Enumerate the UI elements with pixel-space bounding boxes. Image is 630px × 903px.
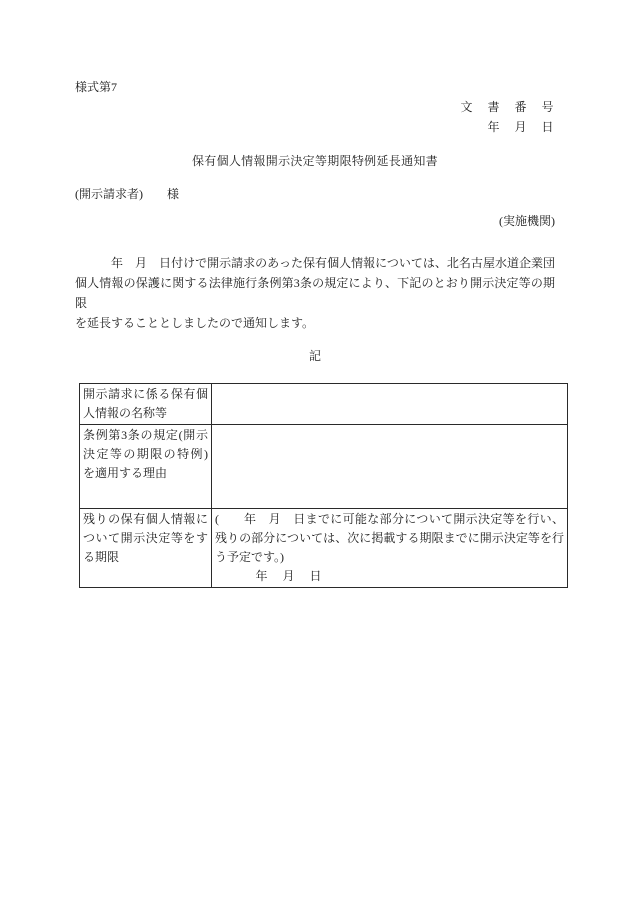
row-label-cell: 条例第3条の規定(開示 決定等の期限の特例) を適用する理由 — [80, 425, 212, 509]
row-label-line: る期限 — [83, 548, 208, 567]
row-label-line: を適用する理由 — [83, 464, 208, 483]
row-label-line: 決定等の期限の特例) — [83, 445, 208, 464]
header-date-label: 年 月 日 — [75, 117, 555, 137]
table-row-information-name: 開示請求に係る保有個 人情報の名称等 — [80, 384, 568, 425]
row-label-line: 人情報の名称等 — [83, 404, 208, 423]
record-marker: 記 — [75, 346, 555, 366]
body-paragraph-line: を延長することとしましたので通知します。 — [75, 313, 555, 333]
row-label-line: 条例第3条の規定(開示 — [83, 426, 208, 445]
document-number-label: 文 書 番 号 — [75, 97, 555, 117]
row-label-line: 残りの保有個人情報に — [83, 510, 208, 529]
row-value-cell: ( 年 月 日までに可能な部分について開示決定等を行い、 残りの部分については、… — [212, 509, 568, 588]
details-table: 開示請求に係る保有個 人情報の名称等 条例第3条の規定(開示 決定等の期限の特例… — [79, 383, 568, 588]
row-label-line: ついて開示決定等をす — [83, 529, 208, 548]
form-number: 様式第7 — [75, 77, 555, 97]
row-value-cell — [212, 425, 568, 509]
addressee-line: (開示請求者) 様 — [75, 184, 555, 204]
table-row-deadline: 残りの保有個人情報に ついて開示決定等をす る期限 ( 年 月 日までに可能な部… — [80, 509, 568, 588]
page-title: 保有個人情報開示決定等期限特例延長通知書 — [75, 151, 555, 171]
row-value-cell — [212, 384, 568, 425]
table-row-reason: 条例第3条の規定(開示 決定等の期限の特例) を適用する理由 — [80, 425, 568, 509]
body-paragraph-line: 年 月 日付けで開示請求のあった保有個人情報については、北名古屋水道企業団 — [75, 253, 555, 273]
row-value-line: 残りの部分については、次に掲載する期限までに開示決定等を行 — [215, 529, 564, 548]
row-value-line: う予定です。) — [215, 548, 564, 567]
row-value-line: ( 年 月 日までに可能な部分について開示決定等を行い、 — [215, 510, 564, 529]
document-page: 様式第7 文 書 番 号 年 月 日 保有個人情報開示決定等期限特例延長通知書 … — [0, 0, 630, 903]
body-paragraph-line: 個人情報の保護に関する法律施行条例第3条の規定により、下記のとおり開示決定等の期… — [75, 273, 555, 313]
body-paragraph: 年 月 日付けで開示請求のあった保有個人情報については、北名古屋水道企業団 個人… — [75, 253, 555, 333]
row-label-cell: 残りの保有個人情報に ついて開示決定等をす る期限 — [80, 509, 212, 588]
issuer-line: (実施機関) — [75, 211, 555, 231]
row-label-cell: 開示請求に係る保有個 人情報の名称等 — [80, 384, 212, 425]
row-label-line: 開示請求に係る保有個 — [83, 385, 208, 404]
row-value-date-line: 年 月 日 — [215, 567, 564, 586]
